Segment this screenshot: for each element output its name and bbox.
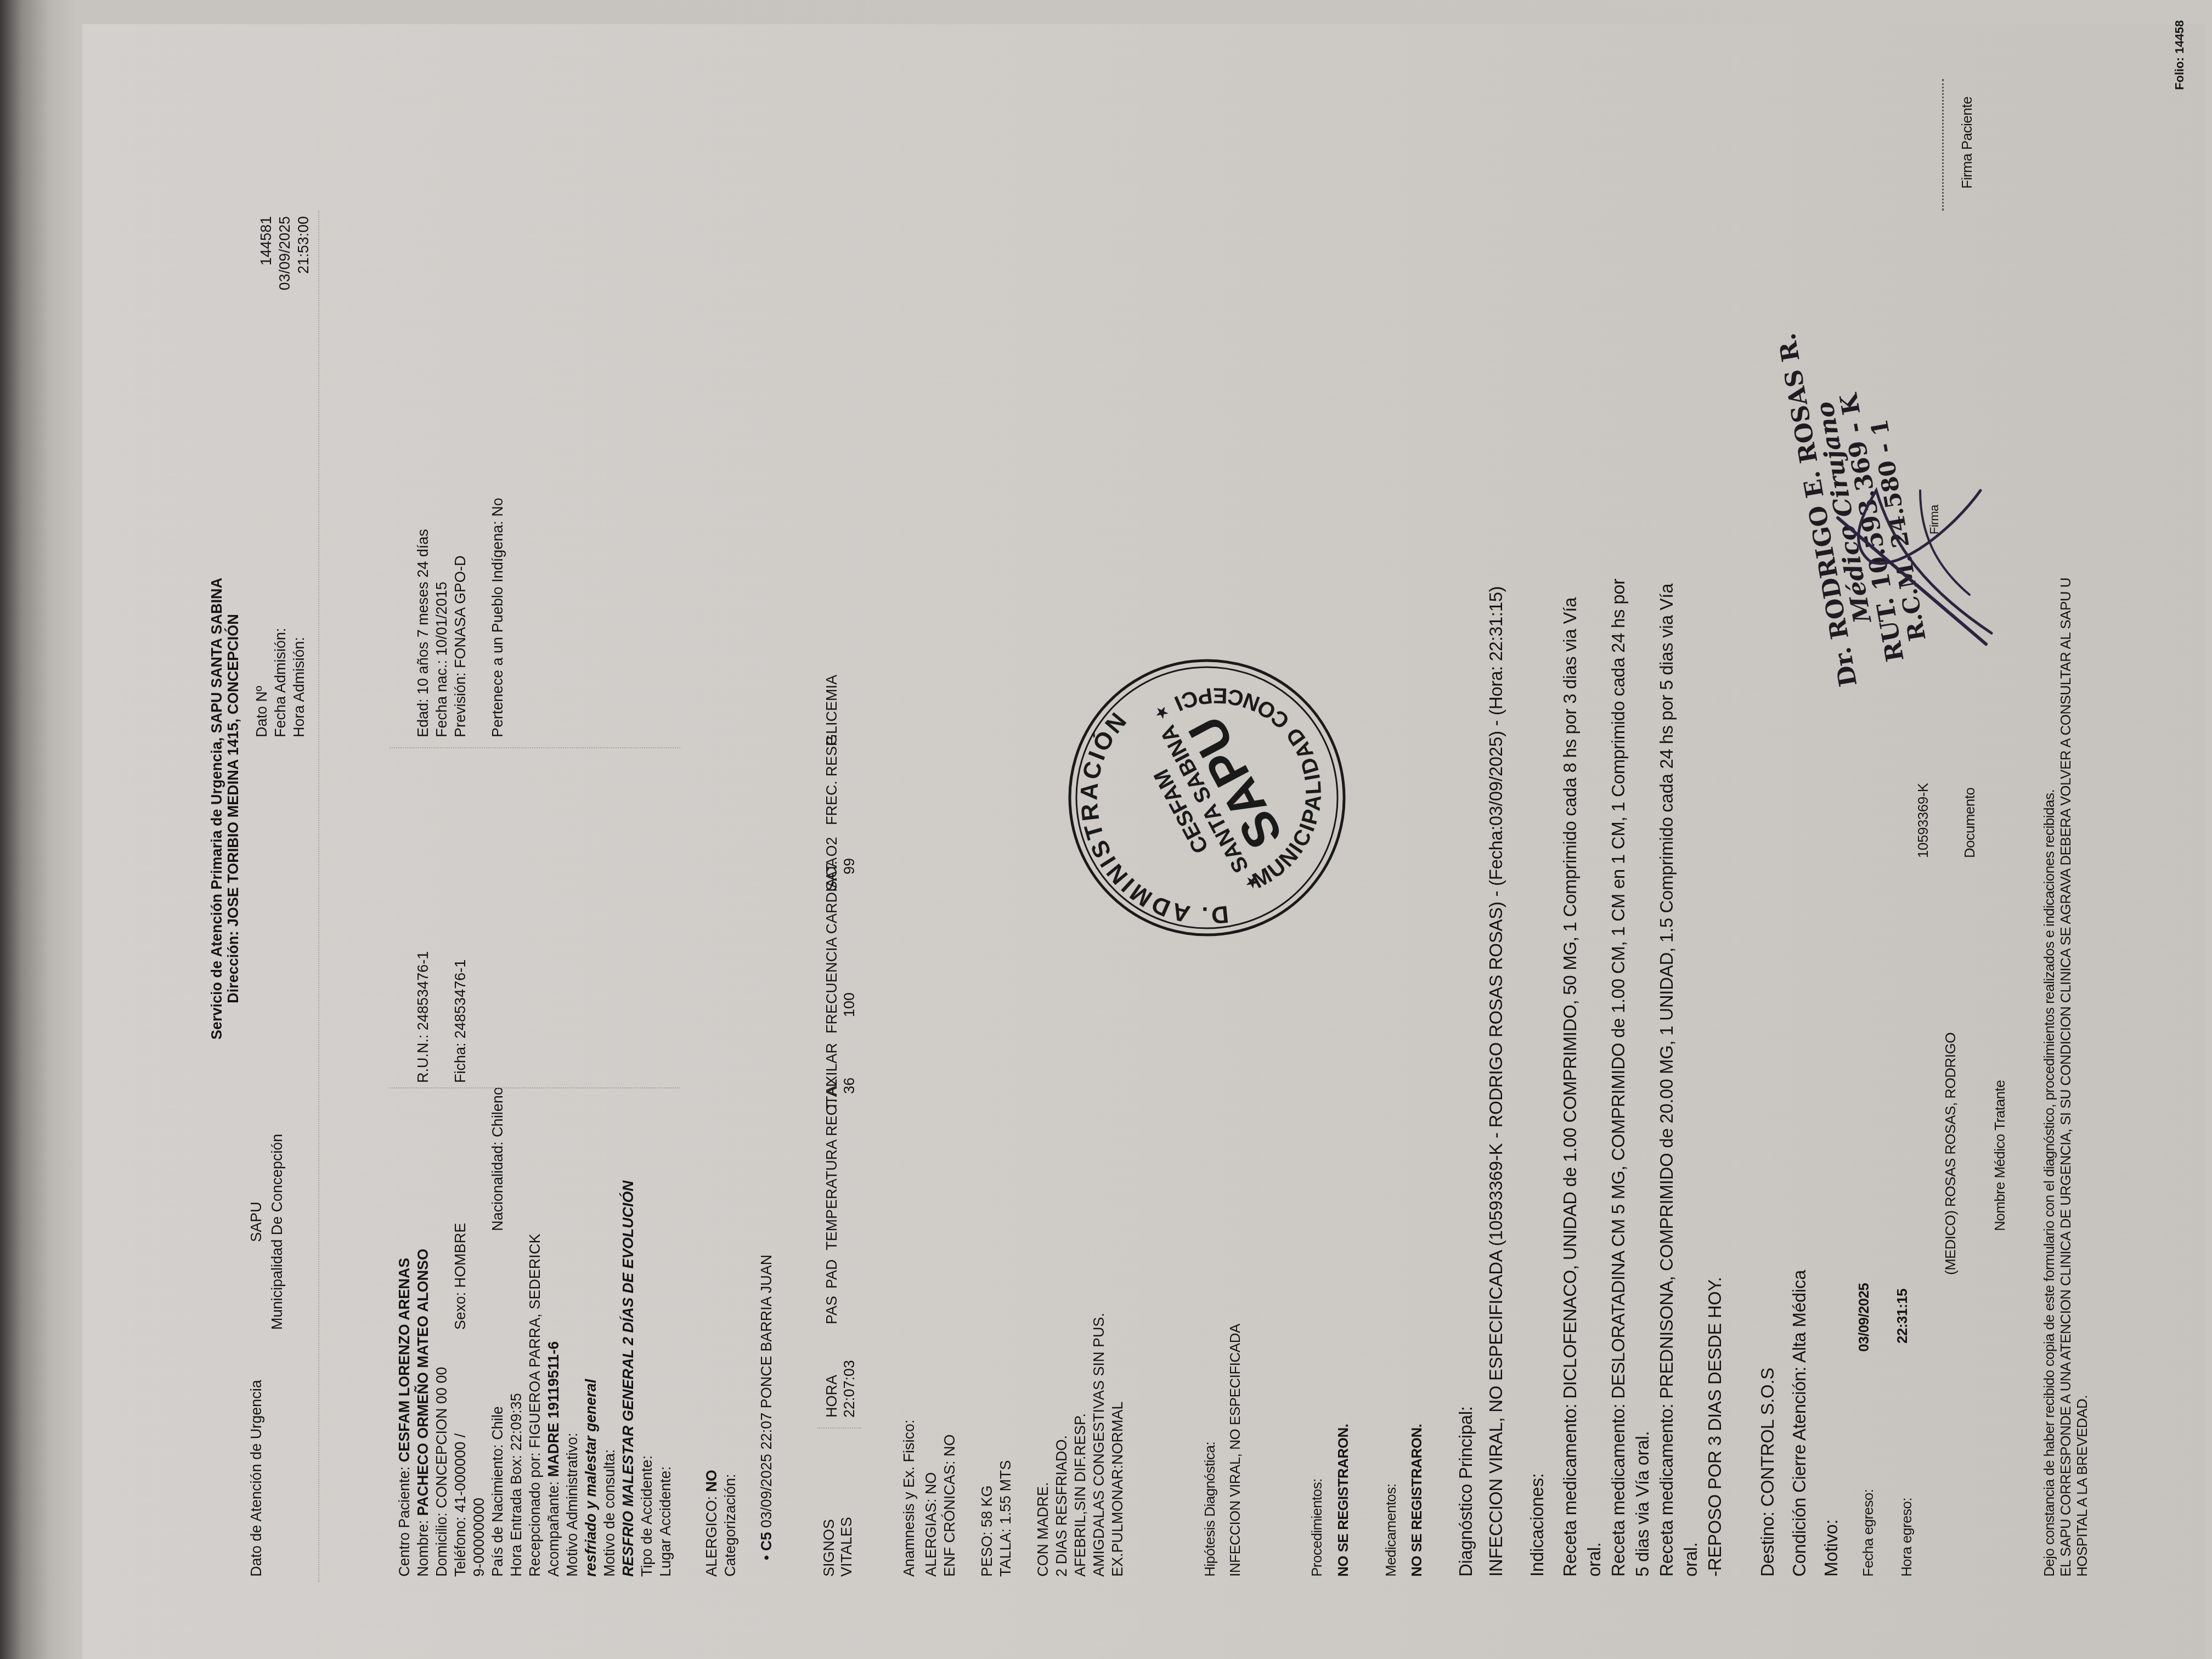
- text-line: ALERGIAS: NO: [922, 1313, 940, 1577]
- paciente-run: R.U.N.: 24853476-1: [414, 951, 432, 1083]
- establecimiento: SAPU: [247, 1201, 266, 1242]
- categorizacion-entry: • C5 03/09/2025 22:07 PONCE BARRIA JUAN: [757, 1255, 776, 1560]
- firma-paciente-line: [1942, 79, 1944, 211]
- doctor-signature-icon: [1827, 474, 2002, 655]
- text-line: -REPOSO POR 3 DIAS DESDE HOY.: [1703, 579, 1727, 1577]
- paciente-ficha: Ficha: 24853476-1: [451, 960, 470, 1083]
- paciente-pueblo-indigena: Pertenece a un Pueblo Indígena: No: [488, 498, 507, 737]
- form-header: Servicio de Atención Primaria de Urgenci…: [208, 534, 241, 1083]
- text-line: 2 DIAS RESFRIADO.: [1052, 1313, 1071, 1577]
- text-line: HOSPITAL A LA BREVEDAD.: [2074, 578, 2090, 1577]
- fecha-egreso-value: 03/09/2025: [1855, 1283, 1872, 1352]
- fecha-admision-label: Fecha Admisión:: [271, 628, 290, 737]
- divider: [390, 747, 680, 748]
- condicion-cierre: Condición Cierre Atención: Alta Médica: [1787, 1270, 1812, 1577]
- hora-admision-value: 21:53:00: [294, 216, 313, 320]
- medico-nombre: (MEDICO) ROSAS ROSAS, RODRIGO: [1942, 1032, 1959, 1275]
- hipotesis-value: INFECCION VIRAL, NO ESPECIFICADA: [1227, 1324, 1244, 1577]
- official-stamp-icon: D. ADMINISTRACIÓN I. MUNICIPALIDAD CONCE…: [1007, 597, 1407, 998]
- disclaimer: Dejo constancia de haber recibido copia …: [2041, 578, 2090, 1577]
- text-line: Dejo constancia de haber recibido copia …: [2041, 578, 2057, 1577]
- vitals-header-cell: PAD: [823, 1259, 840, 1289]
- divider: [318, 211, 319, 1582]
- text-line: CON MADRE.: [1034, 1313, 1052, 1577]
- diagnostico-label: Diagnóstico Principal:: [1454, 1406, 1478, 1577]
- vitals-value-cell: 36: [840, 1077, 858, 1094]
- paciente-recepcionado: Recepcionado por: FIGUEROA PARRA, SEDERI…: [526, 1234, 544, 1577]
- atencion-section-label: Dato de Atención de Urgencia: [247, 1380, 266, 1577]
- hora-admision-label: Hora Admisión:: [290, 637, 308, 737]
- vitals-value-cell: 99: [840, 858, 858, 874]
- fecha-egreso-label: Fecha egreso:: [1860, 1489, 1877, 1577]
- text-line: 5 dias via Vía oral.: [1630, 579, 1655, 1577]
- anamnesis-label: Anamnesis y Ex. Fisico:: [900, 1419, 918, 1577]
- motivo-consulta-value: RESFRIO MALESTAR GENERAL 2 DÍAS DE EVOLU…: [619, 1181, 637, 1577]
- fecha-admision-value: 03/09/2025: [275, 216, 294, 320]
- hora-egreso-label: Hora egreso:: [1898, 1498, 1915, 1577]
- text-line: AMIGDALAS CONGESTIVAS SIN PUS.: [1090, 1313, 1108, 1577]
- motivo-consulta-label: Motivo de consulta:: [600, 1449, 619, 1577]
- dato-label: Dato Nº: [252, 686, 271, 737]
- urgency-care-form: Servicio de Atención Primaria de Urgenci…: [82, 24, 2205, 1659]
- text-line: AFEBRIL,SIN DIF.RESP.: [1071, 1313, 1090, 1577]
- indicaciones-body: Receta medicamento: DICLOFENACO, UNIDAD …: [1558, 579, 1727, 1577]
- text-line: Receta medicamento: PREDNISONA, COMPRIMI…: [1655, 579, 1679, 1577]
- paciente-pais: País de Nacimiento: Chile: [488, 1406, 507, 1577]
- tipo-accidente-label: Tipo de Accidente:: [637, 1455, 656, 1577]
- lugar-accidente-label: Lugar Accidente:: [656, 1466, 675, 1577]
- firma-paciente-label: Firma Paciente: [1959, 97, 1976, 189]
- signos-vitales-label: SIGNOS VITALES: [820, 1517, 855, 1577]
- vitals-header-cell: GLICEMIA: [823, 675, 840, 746]
- paciente-fecha-nac: Fecha nac.: 10/01/2015: [432, 582, 451, 737]
- motivo-admin-label: Motivo Administrativo:: [563, 1432, 582, 1577]
- paciente-domicilio: Domicilio: CONCEPCION 00 00: [432, 1367, 451, 1577]
- vitals-header-cell: HORA: [823, 1375, 840, 1418]
- folio: Folio: 14458: [2172, 20, 2187, 90]
- paciente-acompanante: Acompañante: MADRE 19119511-6: [544, 1341, 563, 1577]
- paciente-hora-box: Hora Entrada Box: 22:09:35: [507, 1393, 526, 1577]
- paciente-sexo: Sexo: HOMBRE: [451, 1223, 470, 1330]
- diagnostico-value: INFECCION VIRAL, NO ESPECIFICADA (105933…: [1484, 586, 1508, 1577]
- text-line: Receta medicamento: DICLOFENACO, UNIDAD …: [1558, 579, 1582, 1577]
- medico-nombre-label: Nombre Médico Tratante: [1991, 1080, 2008, 1231]
- text-line: [959, 1313, 978, 1577]
- hipotesis-label: Hipótesis Diagnóstica:: [1201, 1442, 1218, 1577]
- vitals-value-cell: 22:07:03: [840, 1360, 858, 1418]
- paciente-centro: Centro Paciente: CESFAM LORENZO ARENAS: [395, 1258, 414, 1577]
- text-line: oral.: [1582, 579, 1606, 1577]
- alergico: ALERGICO: NO: [702, 1470, 721, 1577]
- text-line: TALLA: 1.55 MTS: [996, 1313, 1015, 1577]
- medico-documento-label: Documento: [1961, 788, 1978, 858]
- indicaciones-label: Indicaciones:: [1525, 1473, 1549, 1577]
- medicamentos-label: Medicamentos:: [1383, 1483, 1400, 1577]
- text-line: oral.: [1679, 579, 1703, 1577]
- svg-text:★: ★: [1150, 702, 1173, 723]
- text-line: EL SAPU CORRESPONDE A UNA ATENCION CLINI…: [2057, 578, 2074, 1577]
- text-line: [1015, 1313, 1034, 1577]
- anamnesis-body: ALERGIAS: NOENF CRÓNICAS: NO PESO: 58 KG…: [922, 1313, 1127, 1577]
- categorizacion-label: Categorización:: [721, 1474, 740, 1577]
- text-line: PESO: 58 KG: [978, 1313, 996, 1577]
- motivo-cierre-label: Motivo:: [1819, 1520, 1843, 1577]
- paciente-prevision: Previsión: FONASA GPO-D: [451, 555, 470, 737]
- dato-value: 144581: [257, 216, 275, 298]
- paciente-nacionalidad: Nacionalidad: Chileno: [488, 1087, 507, 1231]
- text-line: ENF CRÓNICAS: NO: [940, 1313, 959, 1577]
- paciente-telefono-2: 9-00000000: [470, 1498, 488, 1577]
- vitals-header-cell: FREC. RESP.: [823, 734, 840, 825]
- header-address: Dirección: JOSE TORIBIO MEDINA 1415, CON…: [225, 534, 241, 1083]
- header-title: Servicio de Atención Primaria de Urgenci…: [208, 534, 225, 1083]
- paciente-nombre: Nombre: PACHECO ORMEÑO MATEO ALONSO: [414, 1249, 432, 1577]
- paciente-telefono: Teléfono: 41-000000 /: [451, 1434, 470, 1577]
- medico-documento: 10593369-K: [1915, 783, 1932, 858]
- paciente-edad: Edad: 10 años 7 meses 24 días: [414, 529, 432, 737]
- vitals-header-cell: T. AXILAR: [823, 1043, 840, 1110]
- vitals-header-cell: PAS: [823, 1296, 840, 1324]
- destino: Destino: CONTROL S.O.S: [1756, 1368, 1780, 1577]
- procedimientos-value: NO SE REGISTRARON.: [1335, 1424, 1352, 1577]
- vitals-value-cell: 100: [840, 992, 858, 1017]
- text-line: Receta medicamento: DESLORATADINA CM 5 M…: [1606, 579, 1630, 1577]
- medicamentos-value: NO SE REGISTRARON.: [1408, 1424, 1425, 1577]
- vitals-header-cell: SAT. O2: [823, 837, 840, 891]
- text-line: EX.PULMONAR:NORMAL: [1108, 1313, 1127, 1577]
- hora-egreso-value: 22:31:15: [1894, 1289, 1911, 1344]
- divider: [390, 1087, 680, 1088]
- procedimientos-label: Procedimientos:: [1308, 1479, 1325, 1577]
- municipalidad: Municipalidad De Concepción: [268, 1134, 286, 1330]
- motivo-admin-value: resfriado y malestar general: [582, 1379, 600, 1577]
